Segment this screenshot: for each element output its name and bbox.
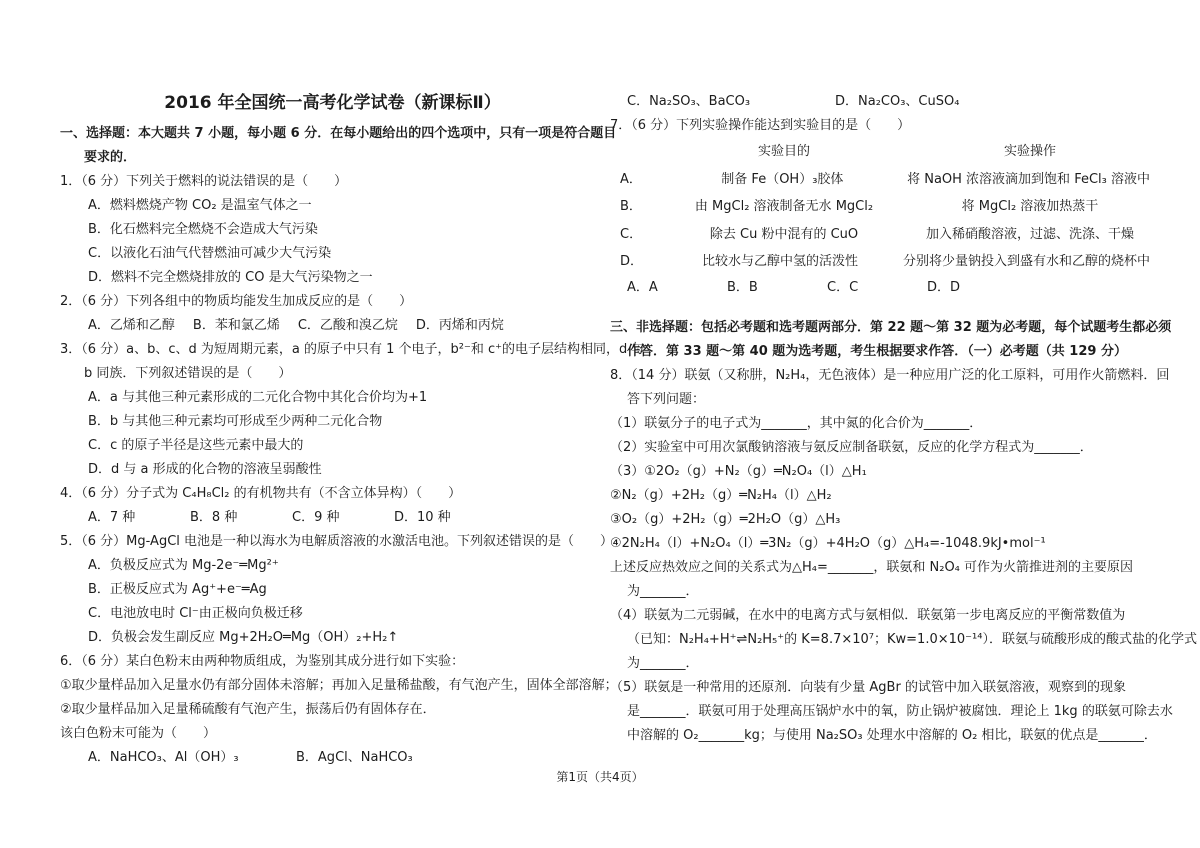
q6-options-row-ab: A．NaHCO₃、Al（OH）₃ B．AgCl、NaHCO₃ [60, 746, 605, 770]
q1-option-d: D．燃料不完全燃烧排放的 CO 是大气污染物之一 [60, 266, 605, 290]
q6-option-a: A．NaHCO₃、Al（OH）₃ [88, 746, 296, 770]
q4-option-c: C．9 种 [292, 506, 394, 530]
q7-row-b-label: B． [610, 193, 658, 221]
exam-page: 2016 年全国统一高考化学试卷（新课标Ⅱ） 一、选择题：本大题共 7 小题，每… [0, 0, 1200, 848]
q7-table-row-b: B． 由 MgCl₂ 溶液制备无水 MgCl₂ 将 MgCl₂ 溶液加热蒸干 [610, 193, 1150, 221]
q8-part3-eq1: （3）①2O₂（g）+N₂（g）═N₂O₄（l）△H₁ [610, 460, 1150, 484]
q1-option-b: B．化石燃料完全燃烧不会造成大气污染 [60, 218, 605, 242]
q8-part3-eq2: ②N₂（g）+2H₂（g）═N₂H₄（l）△H₂ [610, 484, 1150, 508]
q3-option-a: A．a 与其他三种元素形成的二元化合物中其化合价均为+1 [60, 386, 605, 410]
q6-option-d: D．Na₂CO₃、CuSO₄ [835, 90, 959, 114]
q8-part3-line5: 上述反应热效应之间的关系式为△H₄=_______，联氨和 N₂O₄ 可作为火箭… [610, 556, 1150, 580]
q4-options-row: A．7 种 B．8 种 C．9 种 D．10 种 [60, 506, 605, 530]
q6-tail: 该白色粉末可能为（ ） [60, 722, 605, 746]
q4-option-b: B．8 种 [190, 506, 292, 530]
q8-part5-line2: 是_______．联氨可用于处理高压锅炉水中的氧，防止锅炉被腐蚀．理论上 1kg… [610, 700, 1150, 724]
q7-table-header-spacer [610, 138, 658, 166]
q7-row-d-purpose: 比较水与乙醇中氢的活泼性 [657, 248, 903, 276]
q8-part5-line3: 中溶解的 O₂_______kg；与使用 Na₂SO₃ 处理水中溶解的 O₂ 相… [610, 724, 1150, 748]
q8-part4-line3: 为_______． [610, 652, 1150, 676]
q7-table-header-operation: 实验操作 [910, 138, 1150, 166]
page-footer: 第1页（共4页） [0, 768, 1200, 785]
q3-option-d: D．d 与 a 形成的化合物的溶液呈弱酸性 [60, 458, 605, 482]
q8-part3-eq3: ③O₂（g）+2H₂（g）═2H₂O（g）△H₃ [610, 508, 1150, 532]
q4-option-d: D．10 种 [394, 506, 496, 530]
q7-row-d-label: D． [610, 248, 657, 276]
section-three-heading-line1: 三、非选择题：包括必考题和选考题两部分．第 22 题～第 32 题为必考题，每个… [610, 316, 1150, 340]
q7-table-header-purpose: 实验目的 [658, 138, 910, 166]
q6-options-row-cd: C．Na₂SO₃、BaCO₃ D．Na₂CO₃、CuSO₄ [610, 90, 1150, 114]
q2-option-b: B．苯和氯乙烯 [193, 314, 280, 338]
q5-option-d: D．负极会发生副反应 Mg+2H₂O═Mg（OH）₂+H₂↑ [60, 626, 605, 650]
q2-options-row: A．乙烯和乙醇 B．苯和氯乙烯 C．乙酸和溴乙烷 D．丙烯和丙烷 [60, 314, 605, 338]
q6-option-b: B．AgCl、NaHCO₃ [296, 746, 413, 770]
q7-row-c-label: C． [610, 221, 658, 249]
q3-stem-line1: 3．（6 分）a、b、c、d 为短周期元素，a 的原子中只有 1 个电子，b²⁻… [60, 338, 605, 362]
q8-part1: （1）联氨分子的电子式为_______，其中氮的化合价为_______． [610, 412, 1150, 436]
q8-part3-eq4: ④2N₂H₄（l）+N₂O₄（l）═3N₂（g）+4H₂O（g）△H₄=-104… [610, 532, 1150, 556]
q8-stem-line1: 8．（14 分）联氨（又称肼，N₂H₄，无色液体）是一种应用广泛的化工原料，可用… [610, 364, 1150, 388]
q7-stem: 7．（6 分）下列实验操作能达到实验目的是（ ） [610, 114, 1150, 138]
q7-answer-d: D．D [927, 276, 1027, 300]
q7-row-c-purpose: 除去 Cu 粉中混有的 CuO [658, 221, 910, 249]
q3-option-c: C．c 的原子半径是这些元素中最大的 [60, 434, 605, 458]
q7-table-row-a: A． 制备 Fe（OH）₃胶体 将 NaOH 浓溶液滴加到饱和 FeCl₃ 溶液… [610, 166, 1150, 194]
q7-row-d-operation: 分别将少量钠投入到盛有水和乙醇的烧杯中 [903, 248, 1150, 276]
q8-part5-line1: （5）联氨是一种常用的还原剂．向装有少量 AgBr 的试管中加入联氨溶液，观察到… [610, 676, 1150, 700]
q7-row-c-operation: 加入稀硝酸溶液，过滤、洗涤、干燥 [910, 221, 1150, 249]
q2-option-a: A．乙烯和乙醇 [88, 314, 175, 338]
q7-row-a-operation: 将 NaOH 浓溶液滴加到饱和 FeCl₃ 溶液中 [907, 166, 1150, 194]
q6-step2: ②取少量样品加入足量稀硫酸有气泡产生，振荡后仍有固体存在． [60, 698, 605, 722]
q7-table-row-d: D． 比较水与乙醇中氢的活泼性 分别将少量钠投入到盛有水和乙醇的烧杯中 [610, 248, 1150, 276]
section-three-heading-line2: 作答．第 33 题～第 40 题为选考题，考生根据要求作答．（一）必考题（共 1… [610, 340, 1150, 364]
q7-row-b-purpose: 由 MgCl₂ 溶液制备无水 MgCl₂ [658, 193, 910, 221]
q4-stem: 4．（6 分）分子式为 C₄H₈Cl₂ 的有机物共有（不含立体异构）（ ） [60, 482, 605, 506]
q1-stem: 1．（6 分）下列关于燃料的说法错误的是（ ） [60, 170, 605, 194]
q7-table-row-c: C． 除去 Cu 粉中混有的 CuO 加入稀硝酸溶液，过滤、洗涤、干燥 [610, 221, 1150, 249]
q3-option-b: B．b 与其他三种元素均可形成至少两种二元化合物 [60, 410, 605, 434]
q8-part4-line1: （4）联氨为二元弱碱，在水中的电离方式与氨相似．联氨第一步电离反应的平衡常数值为 [610, 604, 1150, 628]
left-column: 2016 年全国统一高考化学试卷（新课标Ⅱ） 一、选择题：本大题共 7 小题，每… [60, 90, 605, 770]
q7-answer-options-row: A．A B．B C．C D．D [610, 276, 1150, 300]
q7-answer-b: B．B [727, 276, 827, 300]
exam-title: 2016 年全国统一高考化学试卷（新课标Ⅱ） [60, 90, 605, 116]
q2-option-c: C．乙酸和溴乙烷 [298, 314, 398, 338]
q6-step1: ①取少量样品加入足量水仍有部分固体未溶解；再加入足量稀盐酸，有气泡产生，固体全部… [60, 674, 605, 698]
q5-stem: 5．（6 分）Mg-AgCl 电池是一种以海水为电解质溶液的水激活电池。下列叙述… [60, 530, 605, 554]
q1-option-c: C．以液化石油气代替燃油可减少大气污染 [60, 242, 605, 266]
q5-option-c: C．电池放电时 Cl⁻由正极向负极迁移 [60, 602, 605, 626]
q8-part3-line6: 为_______． [610, 580, 1150, 604]
q7-row-a-label: A． [610, 166, 658, 194]
right-column: C．Na₂SO₃、BaCO₃ D．Na₂CO₃、CuSO₄ 7．（6 分）下列实… [610, 90, 1150, 748]
q7-answer-a: A．A [627, 276, 727, 300]
q5-option-a: A．负极反应式为 Mg-2e⁻═Mg²⁺ [60, 554, 605, 578]
q5-option-b: B．正极反应式为 Ag⁺+e⁻═Ag [60, 578, 605, 602]
q2-option-d: D．丙烯和丙烷 [416, 314, 504, 338]
q6-option-c: C．Na₂SO₃、BaCO₃ [627, 90, 835, 114]
q7-table-header-row: 实验目的 实验操作 [610, 138, 1150, 166]
q4-option-a: A．7 种 [88, 506, 190, 530]
q1-option-a: A．燃料燃烧产物 CO₂ 是温室气体之一 [60, 194, 605, 218]
q7-answer-c: C．C [827, 276, 927, 300]
section-one-heading-line1: 一、选择题：本大题共 7 小题，每小题 6 分．在每小题给出的四个选项中，只有一… [60, 122, 605, 146]
q7-row-b-operation: 将 MgCl₂ 溶液加热蒸干 [910, 193, 1150, 221]
q8-part4-line2: （已知：N₂H₄+H⁺⇌N₂H₅⁺的 K=8.7×10⁷；Kw=1.0×10⁻¹… [610, 628, 1150, 652]
q2-stem: 2．（6 分）下列各组中的物质均能发生加成反应的是（ ） [60, 290, 605, 314]
q3-stem-line2: b 同族．下列叙述错误的是（ ） [60, 362, 605, 386]
q7-row-a-purpose: 制备 Fe（OH）₃胶体 [658, 166, 907, 194]
q8-part2: （2）实验室中可用次氯酸钠溶液与氨反应制备联氨，反应的化学方程式为_______… [610, 436, 1150, 460]
section-one-heading-line2: 要求的． [60, 146, 605, 170]
q6-stem: 6．（6 分）某白色粉末由两种物质组成，为鉴别其成分进行如下实验： [60, 650, 605, 674]
q8-stem-line2: 答下列问题： [610, 388, 1150, 412]
